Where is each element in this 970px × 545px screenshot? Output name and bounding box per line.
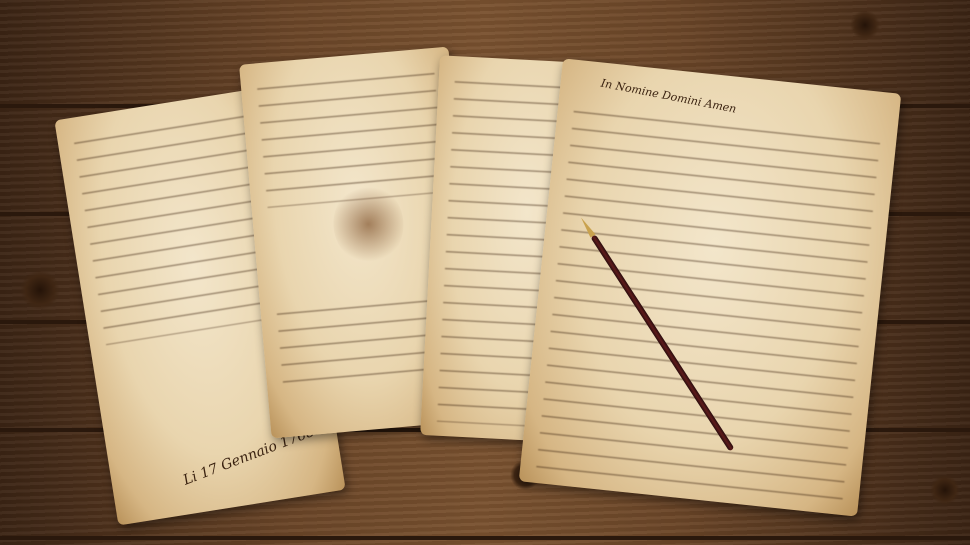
manuscript-sheet-4: In Nomine Domini Amen bbox=[519, 58, 902, 516]
wood-knot bbox=[930, 475, 960, 505]
wood-knot bbox=[20, 270, 60, 310]
wood-knot bbox=[850, 10, 880, 40]
